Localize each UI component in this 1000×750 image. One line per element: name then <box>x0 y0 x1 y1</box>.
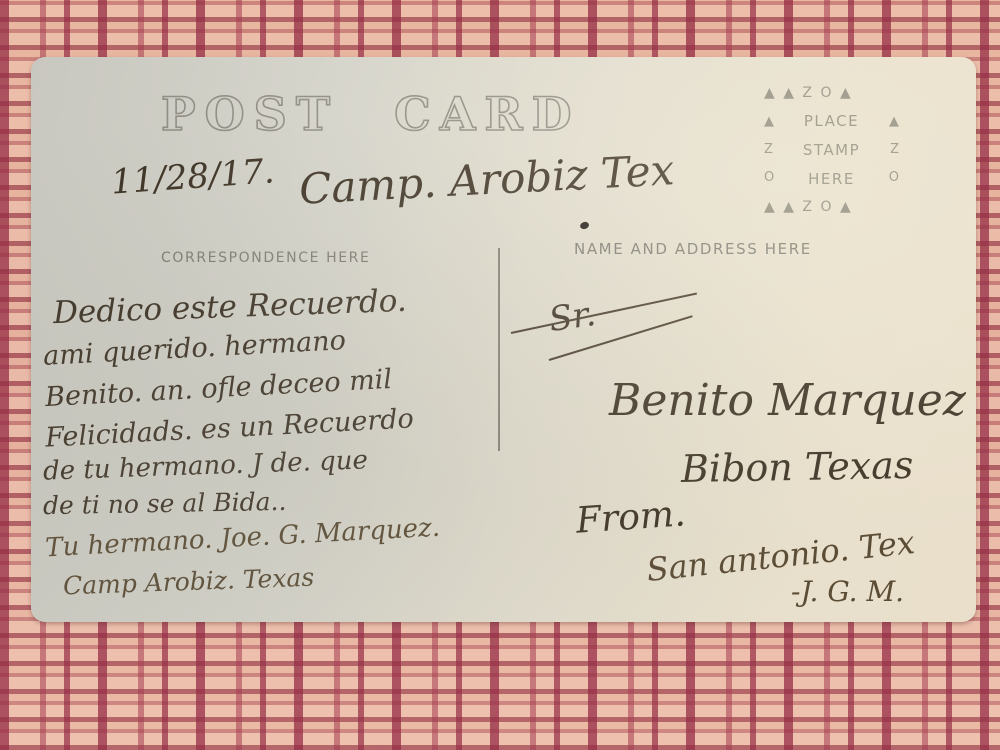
message-camp: Camp Arobiz. Texas <box>63 563 315 601</box>
stamp-border-top: ▲ ▲ Z O ▲ <box>764 85 899 101</box>
handwritten-date: 11/28/17. <box>110 151 276 202</box>
address-name: Benito Marquez <box>609 375 966 426</box>
stamp-box: ▲ ▲ Z O ▲ ▲ Z O ▲ Z O PLACE STAMP HERE ▲… <box>764 85 899 215</box>
postcard-title: POST CARD <box>161 87 581 141</box>
salutation-underline-1 <box>511 293 697 334</box>
stamp-here: HERE <box>764 170 899 188</box>
postcard: POST CARD ▲ ▲ Z O ▲ ▲ Z O ▲ Z O PLACE ST… <box>31 57 976 622</box>
stamp-place: PLACE <box>764 112 899 130</box>
message-line: de tu hermano. J de. que <box>43 445 369 486</box>
message-signature: Tu hermano. Joe. G. Marquez. <box>44 513 440 564</box>
ink-blot <box>579 221 590 231</box>
message-line: de ti no se al Bida.. <box>43 487 287 520</box>
sender-initials: -J. G. M. <box>791 575 904 608</box>
address-label: NAME AND ADDRESS HERE <box>574 240 812 258</box>
message-line: Dedico este Recuerdo. <box>52 283 407 331</box>
from-label: From. <box>575 493 687 542</box>
message-line: ami querido. hermano <box>42 325 346 372</box>
divider-line <box>498 248 500 451</box>
address-city: Bibon Texas <box>681 443 914 491</box>
correspondence-label: CORRESPONDENCE HERE <box>161 250 370 266</box>
stamp-border-bottom: ▲ ▲ Z O ▲ <box>764 199 899 215</box>
message-line: Benito. an. ofle deceo mil <box>44 364 392 413</box>
handwritten-place: Camp. Arobiz Tex <box>298 145 675 214</box>
stamp-stamp: STAMP <box>764 141 899 159</box>
